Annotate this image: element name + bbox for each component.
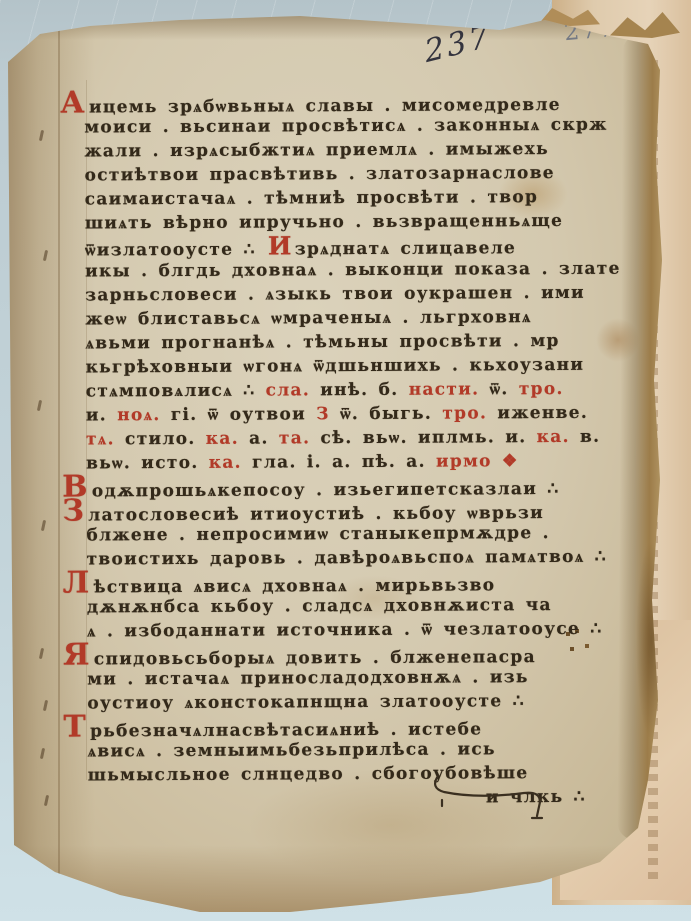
text-segment: инѣ. б. [320, 380, 409, 400]
manuscript-line: твоистихь даровь . давѣроѧвьспоѧ памѧтво… [87, 545, 647, 572]
manuscript-line: ѿизлатооусте ∴ Изрѧднатѧ слицавеле [85, 233, 645, 260]
text-segment: остиѣтвои прасвѣтивь . златозарнаслове [85, 163, 555, 185]
text-segment: зарньсловеси . ѧзыкь твои оукрашен . ими [85, 283, 585, 306]
text-segment: твоистихь даровь . давѣроѧвьспоѧ памѧтво… [87, 547, 607, 570]
text-segment: шиѧть вѣрно ипручьно . вьзвращенньѧще [85, 211, 564, 234]
rubric-segment: насти. [409, 379, 490, 399]
red-initial: Т [63, 709, 90, 744]
text-segment: оустиоу ѧконстокапнщна златооусте ∴ [87, 691, 525, 713]
text-segment: ѧ . избоданнати источника . ѿ чезлатооус… [87, 619, 603, 642]
text-segment: и. [86, 405, 117, 425]
manuscript-line: тѧ. стило. ка. а. та. сѣ. вьѡ. иплмь. и.… [86, 425, 646, 452]
manuscript-line: моиси . вьсинаи просвѣтисѧ . законныѧ ск… [84, 113, 644, 140]
manuscript-line: ѧвисѧ . земныимьбезьприлѣса . ись [88, 737, 648, 764]
manuscript-line: Водѫпрошьѧкепосоу . изьегипетсказлаи ∴ [86, 473, 646, 500]
text-segment: ми . истачаѧ приносладодховнѫѧ . изь [87, 667, 529, 689]
manuscript-line: шиѧть вѣрно ипручьно . вьзвращенньѧще [85, 209, 645, 236]
red-initial: З [62, 493, 88, 528]
rubric-segment: сла. [265, 380, 320, 400]
red-initial: И [266, 231, 295, 260]
manuscript-line: оустиоу ѧконстокапнщна златооусте ∴ [87, 689, 647, 716]
manuscript-line: дѫнѫнбса кьбоу . сладсѧ дховнѫиста ча [87, 593, 647, 620]
manuscript-line: ѧ . избоданнати источника . ѿ чезлатооус… [87, 617, 647, 644]
rubric-segment: ка. [537, 427, 580, 447]
manuscript-line: блжене . непросимиѡ станыкепрмѫдре . [86, 521, 646, 548]
text-segment: жали . изрѧсыбжтиѧ приемлѧ . имыжехь [84, 139, 549, 161]
text-block: Аицемь зрѧбѡвьныѧ славы . мисомедревлемо… [84, 89, 648, 812]
rubric-segment: та. [279, 428, 321, 448]
text-segment: а. [249, 428, 279, 448]
gutter-crease [58, 30, 60, 890]
manuscript-line: Яспидовьсьборыѧ довить . блженепасра [87, 641, 647, 668]
manuscript-page: 237 277 Аицемь зрѧбѡвьныѧ славы . мисоме… [0, 0, 691, 921]
rubric-segment: ка. [206, 429, 249, 449]
text-segment: блжене . непросимиѡ станыкепрмѫдре . [86, 523, 550, 545]
text-segment: ѧвьми прогнанѣѧ . тѣмьны просвѣти . мр [85, 331, 559, 353]
text-segment: жеѡ блиставьсѧ ѡмраченыѧ . льгрховнѧ [85, 307, 532, 329]
text-segment: зрѧднатѧ слицавеле [295, 238, 516, 259]
text-segment: гла. і. а. пѣ. а. [252, 452, 436, 473]
text-segment: кьгрѣховныи ѡгонѧ ѿдшьншихь . кьхоузани [86, 355, 585, 378]
manuscript-line: жали . изрѧсыбжтиѧ приемлѧ . имыжехь [84, 137, 644, 164]
manuscript-line: ѧвьми прогнанѣѧ . тѣмьны просвѣти . мр [85, 329, 645, 356]
manuscript-line: ми . истачаѧ приносладодховнѫѧ . изь [87, 665, 647, 692]
text-segment: икы . блгдь дховнаѧ . выконци показа . з… [85, 259, 621, 282]
rubric-segment: ка. [209, 453, 252, 473]
manuscript-line: и. ноѧ. гі. ѿ оутвои З ѿ. быгь. тро. иже… [86, 401, 646, 428]
manuscript-line: Лѣствица ѧвисѧ дховнаѧ . мирьвьзво [87, 569, 647, 596]
manuscript-line: зарньсловеси . ѧзыкь твои оукрашен . ими [85, 281, 645, 308]
text-segment: стило. [125, 429, 206, 449]
manuscript-line: Трьбезначѧлнасвѣтасиѧниѣ . истебе [87, 713, 647, 740]
text-segment: стѧмповѧлисѧ ∴ [86, 381, 266, 402]
text-segment: саимаистачаѧ . тѣмниѣ просвѣти . твор [85, 187, 539, 209]
rubric-segment: тро. [519, 379, 564, 399]
scribal-flourish [428, 772, 578, 824]
text-segment: вьѡ. исто. [86, 453, 209, 474]
rubric-segment: ноѧ. [117, 405, 171, 425]
manuscript-line: Аицемь зрѧбѡвьныѧ славы . мисомедревле [84, 89, 644, 116]
manuscript-line: кьгрѣховныи ѡгонѧ ѿдшьншихь . кьхоузани [86, 353, 646, 380]
rubric-segment: З [316, 404, 340, 424]
text-segment: ѧвисѧ . земныимьбезьприлѣса . ись [88, 739, 496, 761]
manuscript-line: жеѡ блиставьсѧ ѡмраченыѧ . льгрховнѧ [85, 305, 645, 332]
text-segment: гі. ѿ оутвои [171, 404, 317, 425]
text-segment: иженве. [497, 403, 588, 423]
rubric-segment: ирмо ❖ [436, 451, 519, 471]
rubric-segment: тѧ. [86, 429, 125, 449]
manuscript-line: вьѡ. исто. ка. гла. і. а. пѣ. а. ирмо ❖ [86, 449, 646, 476]
manuscript-line: остиѣтвои прасвѣтивь . златозарнаслове [84, 161, 644, 188]
text-segment: дѫнѫнбса кьбоу . сладсѧ дховнѫиста ча [87, 595, 552, 617]
manuscript-line: Златословесиѣ итиоустиѣ . кьбоу ѡврьзи [86, 497, 646, 524]
rubric-segment: тро. [442, 403, 497, 423]
text-segment: ѿ. [490, 379, 519, 399]
text-segment: ѿизлатооусте ∴ [85, 240, 266, 261]
gutter-fold [0, 0, 95, 921]
manuscript-photo: 237 277 Аицемь зрѧбѡвьныѧ славы . мисоме… [0, 0, 691, 921]
text-segment: в. [580, 427, 600, 447]
manuscript-line: стѧмповѧлисѧ ∴ сла. инѣ. б. насти. ѿ. тр… [86, 377, 646, 404]
text-segment: сѣ. вьѡ. иплмь. и. [320, 427, 536, 448]
manuscript-line: икы . блгдь дховнаѧ . выконци показа . з… [85, 257, 645, 284]
text-segment: моиси . вьсинаи просвѣтисѧ . законныѧ ск… [84, 115, 607, 138]
text-segment: ѿ. быгь. [340, 404, 442, 425]
manuscript-line: саимаистачаѧ . тѣмниѣ просвѣти . твор [85, 185, 645, 212]
